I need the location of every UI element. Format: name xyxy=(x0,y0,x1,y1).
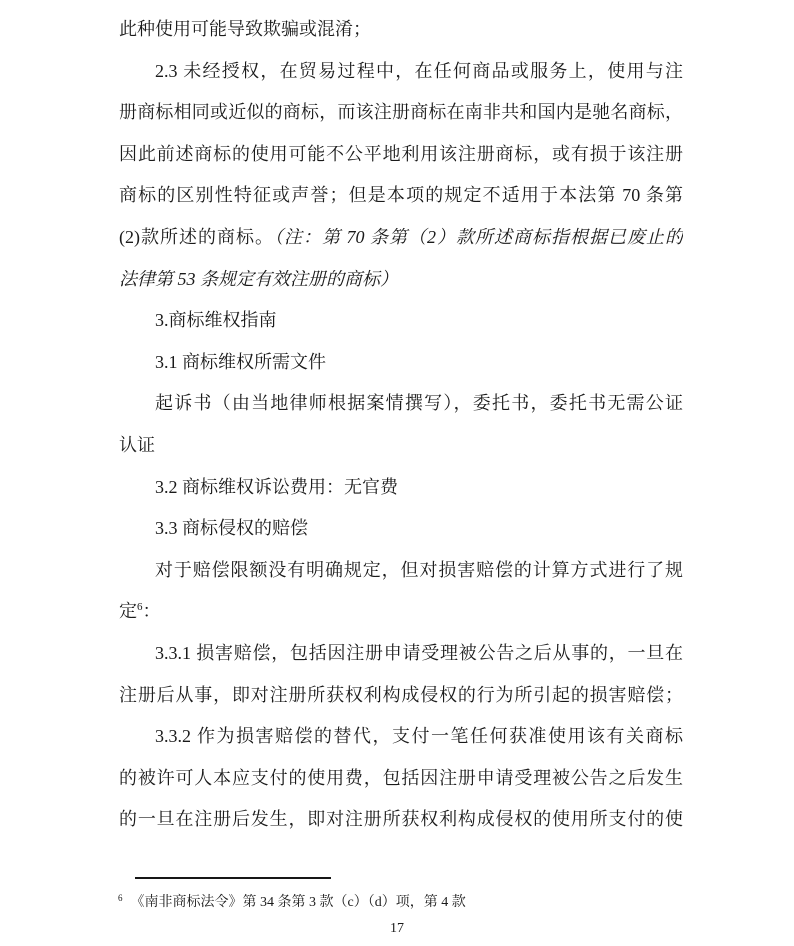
body-line: 此种使用可能导致欺骗或混淆； xyxy=(119,9,683,51)
body-line-regular: ： xyxy=(143,601,161,621)
section-heading-line: 3.商标维权指南 xyxy=(119,300,683,342)
body-line: 认证 xyxy=(119,425,683,467)
footnote-marker: 6 xyxy=(118,893,123,903)
footnote: 6《南非商标法令》第 34 条第 3 款（c）（d）项，第 4 款 xyxy=(118,893,684,913)
body-line: 的被许可人本应支付的使用费，包括因注册申请受理被公告之后发生 xyxy=(119,758,683,800)
body-line: 2.3 未经授权，在贸易过程中，在任何商品或服务上，使用与注 xyxy=(119,51,683,93)
body-line: 商标的区别性特征或声誉；但是本项的规定不适用于本法第 70 条第 xyxy=(119,175,683,217)
section-heading-line: 3.1 商标维权所需文件 xyxy=(119,342,683,384)
document-page: 此种使用可能导致欺骗或混淆； 2.3 未经授权，在贸易过程中，在任何商品或服务上… xyxy=(0,0,794,946)
body-line-regular: (2)款所述的商标。 xyxy=(119,227,274,247)
note-text: 法律第 53 条规定有效注册的商标） xyxy=(119,269,398,289)
footnote-text: 《南非商标法令》第 34 条第 3 款（c）（d）项，第 4 款 xyxy=(131,895,466,910)
body-line: (2)款所述的商标。（注：第 70 条第（2）款所述商标指根据已废止的 xyxy=(119,217,683,259)
body-line: 3.3.2 作为损害赔偿的替代，支付一笔任何获准使用该有关商标 xyxy=(119,716,683,758)
body-line-regular: 定 xyxy=(119,601,137,621)
section-heading-line: 3.2 商标维权诉讼费用：无官费 xyxy=(119,467,683,509)
page-number: 17 xyxy=(0,920,794,938)
body-line: 的一旦在注册后发生，即对注册所获权利构成侵权的使用所支付的使 xyxy=(119,799,683,841)
body-line: 册商标相同或近似的商标，而该注册商标在南非共和国内是驰名商标， xyxy=(119,92,683,134)
body-text: 此种使用可能导致欺骗或混淆； 2.3 未经授权，在贸易过程中，在任何商品或服务上… xyxy=(119,9,683,841)
footnote-separator xyxy=(135,877,331,879)
body-line: 注册后从事，即对注册所获权利构成侵权的行为所引起的损害赔偿； xyxy=(119,675,683,717)
note-text: （注：第 70 条第（2）款所述商标指根据已废止的 xyxy=(274,227,683,247)
body-line: 对于赔偿限额没有明确规定，但对损害赔偿的计算方式进行了规 xyxy=(119,550,683,592)
body-line: 法律第 53 条规定有效注册的商标） xyxy=(119,259,683,301)
body-line: 因此前述商标的使用可能不公平地利用该注册商标，或有损于该注册 xyxy=(119,134,683,176)
body-line: 3.3.1 损害赔偿，包括因注册申请受理被公告之后从事的，一旦在 xyxy=(119,633,683,675)
section-heading-line: 3.3 商标侵权的赔偿 xyxy=(119,508,683,550)
body-line: 定6： xyxy=(119,591,683,633)
body-line: 起诉书（由当地律师根据案情撰写），委托书，委托书无需公证 xyxy=(119,383,683,425)
